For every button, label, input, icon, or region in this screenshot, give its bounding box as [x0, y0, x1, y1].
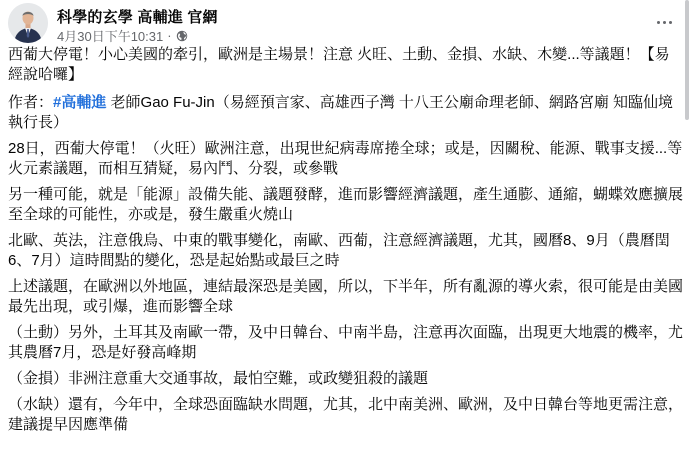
post-paragraph: （水缺）還有，今年中，全球恐面臨缺水問題，尤其，北中南美洲、歐洲，及中日韓台等地… — [8, 395, 684, 435]
post-paragraph: 上述議題，在歐洲以外地區，連結最深恐是美國，所以，下半年，所有亂源的導火索，很可… — [8, 277, 684, 317]
author-name[interactable]: 科學的玄學 高輔進 官網 — [57, 6, 218, 27]
post-paragraph: （金損）非洲注意重大交通事故，最怕空難，或政變狙殺的議題 — [8, 369, 684, 389]
more-options-icon-dot — [669, 21, 672, 24]
post-header: 科學的玄學 高輔進 官網 4月30日下午10:31 · — [8, 2, 678, 44]
post-paragraph: 北歐、英法，注意俄烏、中東的戰事變化，南歐、西葡，注意經濟議題，尤其，國曆8、9… — [8, 231, 684, 271]
post-paragraph-author: 作者：#高輔進 老師Gao Fu-Jin（易經預言家、高雄西子灣 十八王公廟命理… — [8, 93, 684, 133]
author-description: 老師Gao Fu-Jin（易經預言家、高雄西子灣 十八王公廟命理老師、網路宮廟 … — [8, 94, 677, 131]
scrollbar-thumb[interactable] — [685, 0, 689, 120]
more-options-icon-dot — [663, 21, 666, 24]
profile-photo-icon — [8, 3, 48, 43]
more-options-icon-dot — [657, 21, 660, 24]
facebook-post: 科學的玄學 高輔進 官網 4月30日下午10:31 · 西葡大停電！小心美國的牽… — [0, 0, 685, 452]
post-paragraph: （土動）另外，土耳其及南歐一帶，及中日韓台、中南半島，注意再次面臨，出現更大地震… — [8, 323, 684, 363]
post-paragraph-headline: 西葡大停電！小心美國的牽引，歐洲是主場景！注意 火旺、土動、金損、水缺、木變..… — [8, 45, 684, 85]
post-meta: 4月30日下午10:31 · — [57, 26, 188, 45]
author-avatar[interactable] — [8, 3, 48, 43]
post-paragraph: 另一種可能，就是「能源」設備失能、議題發酵，進而影響經濟議題，產生通膨、通縮，蝴… — [8, 185, 684, 225]
post-timestamp[interactable]: 4月30日下午10:31 — [57, 26, 163, 45]
hashtag-link[interactable]: #高輔進 — [53, 94, 106, 111]
author-prefix: 作者： — [8, 94, 53, 111]
post-paragraph: 28日，西葡大停電！（火旺）歐洲注意，出現世紀病毒席捲全球；或是，因關稅、能源、… — [8, 139, 684, 179]
vertical-scrollbar[interactable] — [685, 0, 689, 452]
meta-separator: · — [167, 28, 171, 43]
post-body: 西葡大停電！小心美國的牽引，歐洲是主場景！注意 火旺、土動、金損、水缺、木變..… — [8, 45, 684, 441]
more-options-button[interactable] — [650, 12, 678, 32]
globe-icon[interactable] — [176, 30, 188, 42]
